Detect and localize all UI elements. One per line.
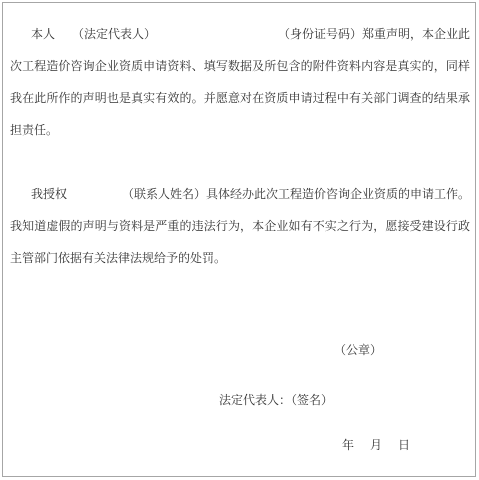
authorization-paragraph: 我授权 （联系人姓名）具体经办此次工程造价咨询企业资质的申请工作。 我知道虚假的… bbox=[10, 178, 470, 274]
authorization-line-1-rest: （联系人姓名）具体经办此次工程造价咨询企业资质的申请工作。 bbox=[122, 178, 470, 210]
declaration-line-1-rest: （身份证号码）郑重声明，本企业此 bbox=[278, 18, 470, 50]
authorization-line-3: 主管部门依据有关法律法规给予的处罚。 bbox=[10, 242, 470, 274]
authorization-line-1: 我授权 （联系人姓名）具体经办此次工程造价咨询企业资质的申请工作。 bbox=[10, 178, 470, 210]
declaration-paragraph: 本人 （法定代表人） （身份证号码）郑重声明，本企业此 次工程造价咨询企业资质申… bbox=[10, 18, 470, 146]
authorization-line-2: 我知道虚假的声明与资料是严重的违法行为，本企业如有不实之行为，愿接受建设行政 bbox=[10, 210, 470, 242]
declaration-line-3: 我在此所作的声明也是真实有效的。并愿意对在资质申请过程中有关部门调查的结果承 bbox=[10, 82, 470, 114]
declaration-line-2: 次工程造价咨询企业资质申请资料、填写数据及所包含的附件资料内容是真实的，同样 bbox=[10, 50, 470, 82]
legal-rep-label: （法定代表人） bbox=[72, 18, 156, 50]
declaration-prefix: 本人 bbox=[31, 18, 55, 50]
legal-rep-signature-label: 法定代表人：（签名） bbox=[219, 384, 333, 416]
document-page: 本人 （法定代表人） （身份证号码）郑重声明，本企业此 次工程造价咨询企业资质申… bbox=[0, 0, 479, 480]
authorization-prefix: 我授权 bbox=[31, 178, 67, 210]
declaration-line-4: 担责任。 bbox=[10, 114, 470, 146]
document-body: 本人 （法定代表人） （身份证号码）郑重声明，本企业此 次工程造价咨询企业资质申… bbox=[10, 18, 470, 274]
declaration-line-1: 本人 （法定代表人） （身份证号码）郑重声明，本企业此 bbox=[10, 18, 470, 50]
company-seal-label: （公章） bbox=[334, 334, 382, 366]
date-label: 年 月 日 bbox=[342, 429, 412, 461]
